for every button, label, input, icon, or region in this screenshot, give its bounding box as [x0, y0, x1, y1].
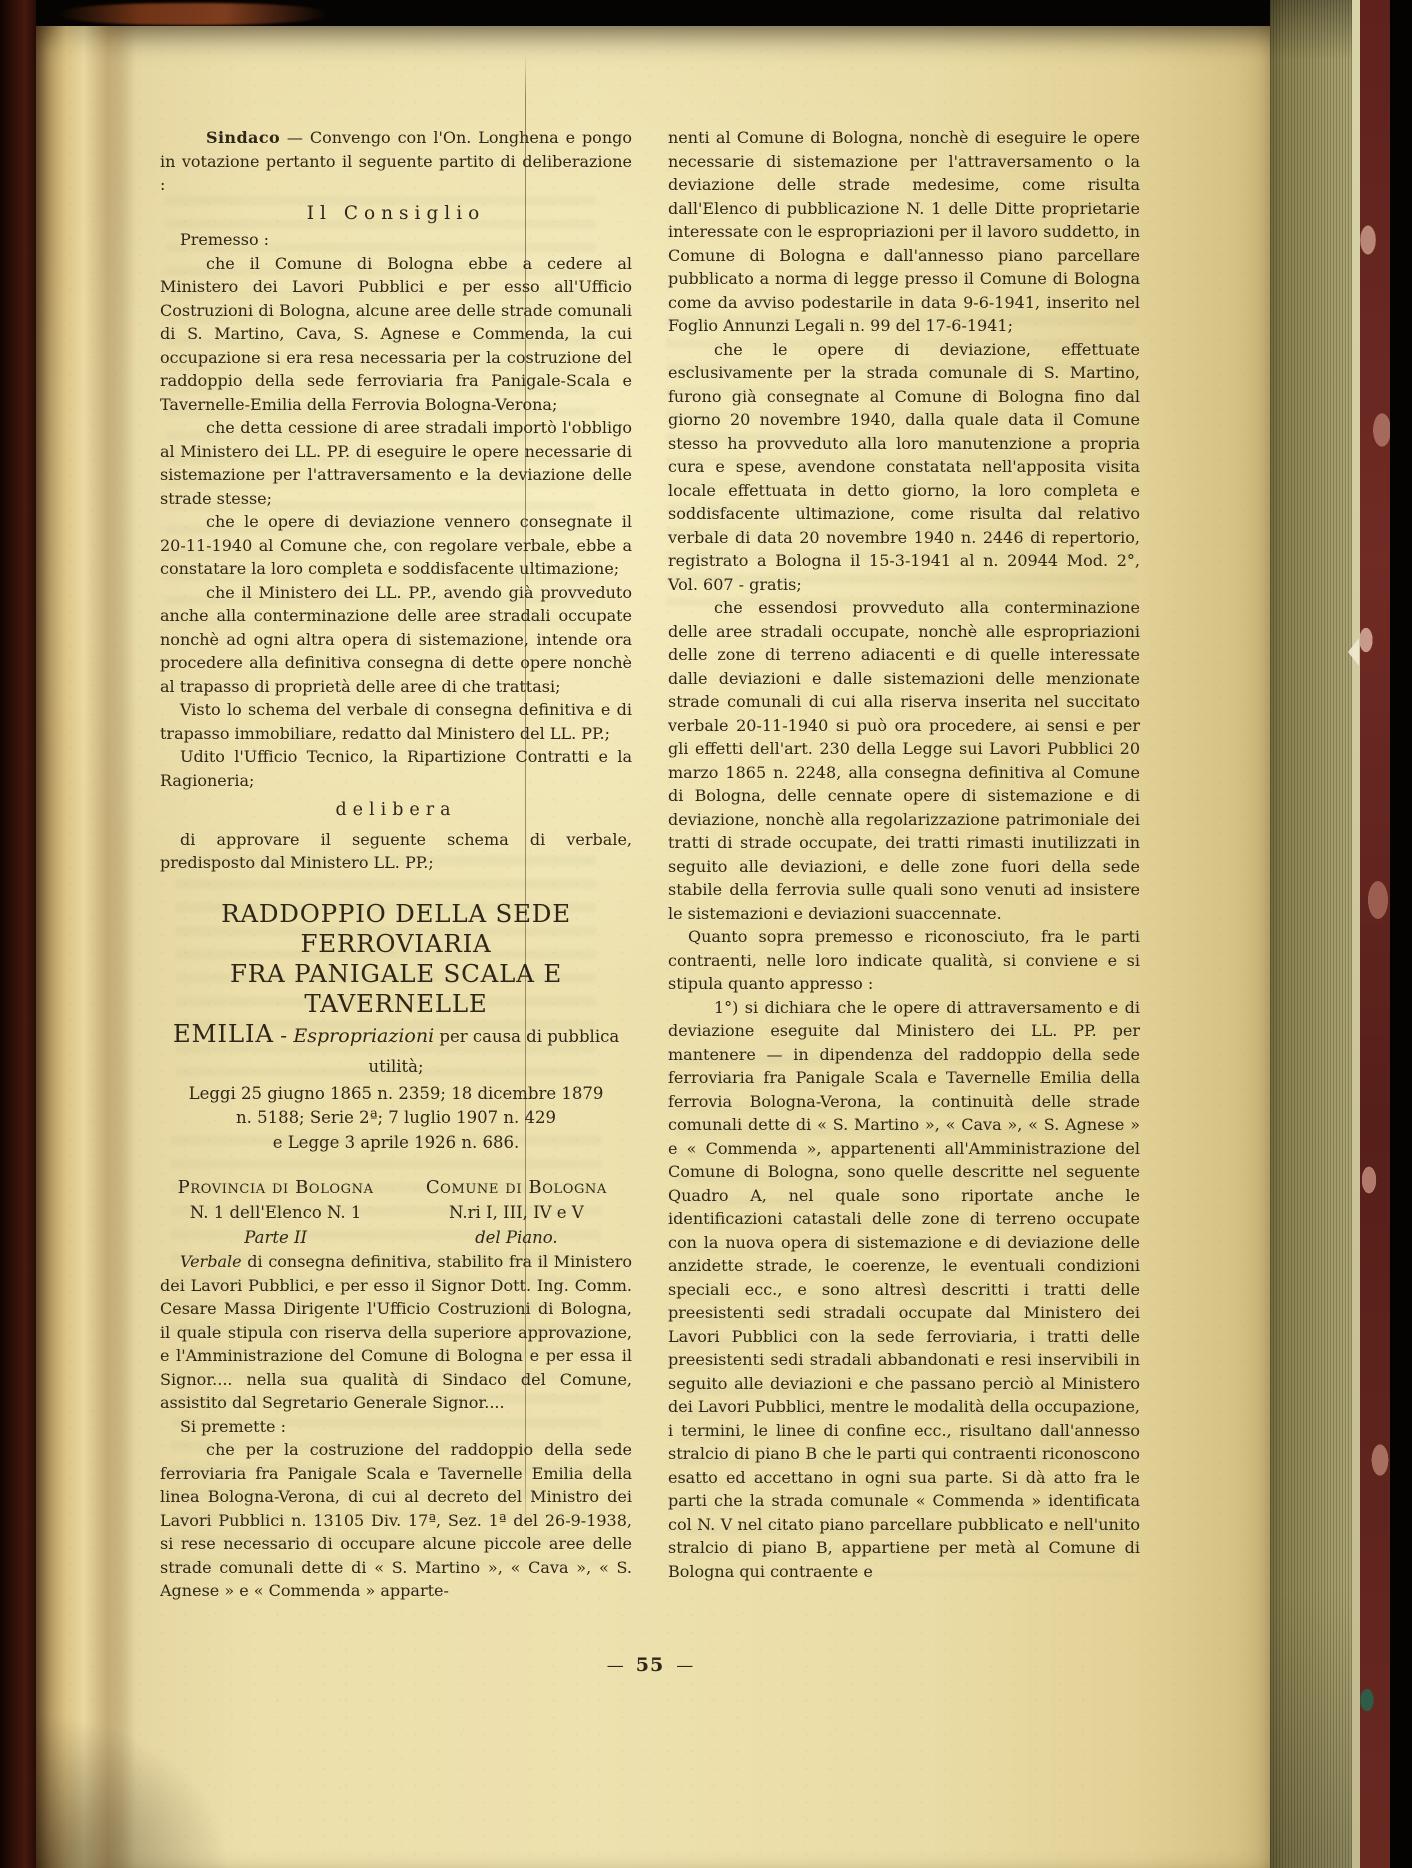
- page-number-dash-left: —: [607, 1656, 624, 1676]
- paragraph-text: di consegna definitiva, stabilito fra il…: [160, 1252, 632, 1412]
- speaker-name: Sindaco: [206, 128, 280, 147]
- left-cover-edge: [0, 0, 36, 1868]
- paragraph-che-deviazione: che le opere di deviazione, effettuate e…: [668, 338, 1140, 597]
- fore-edge-pages: [1270, 0, 1352, 1868]
- verbale-lead: Verbale: [180, 1252, 242, 1271]
- text-column-left: Sindaco — Convengo con l'On. Longhena e …: [160, 126, 632, 1603]
- laws-line3: e Legge 3 aprile 1926 n. 686.: [160, 1131, 632, 1156]
- paragraph-si-premette: Si premette :: [160, 1415, 632, 1439]
- decree-heading-line3: EMILIA - Espropriazioni per causa di pub…: [160, 1019, 632, 1082]
- comune-title: Comune di Bologna: [401, 1175, 632, 1200]
- decree-heading: RADDOPPIO DELLA SEDE FERROVIARIA FRA PAN…: [160, 899, 632, 1156]
- decree-heading-separator: -: [274, 1023, 293, 1047]
- heading-il-consiglio: Il Consiglio: [160, 202, 632, 226]
- decree-heading-espropriazioni: Espropriazioni: [293, 1025, 434, 1047]
- paragraph-che-comune: che il Comune di Bologna ebbe a cedere a…: [160, 252, 632, 417]
- paragraph-premesso: Premesso :: [160, 228, 632, 252]
- decree-heading-emilia: EMILIA: [173, 1019, 274, 1048]
- comune-piano: del Piano.: [401, 1225, 632, 1250]
- page-number-value: 55: [624, 1654, 676, 1676]
- comune-reference: Comune di Bologna N.ri I, III, IV e V de…: [401, 1175, 632, 1250]
- page-number-dash-right: —: [676, 1656, 693, 1676]
- paragraph-che-costruzione: che per la costruzione del raddoppio del…: [160, 1438, 632, 1603]
- paragraph-quanto: Quanto sopra premesso e riconosciuto, fr…: [668, 925, 1140, 996]
- paragraph-che-ministero: che il Ministero dei LL. PP., avendo già…: [160, 581, 632, 699]
- top-spine-highlight: [58, 3, 328, 25]
- marbled-cover: [1360, 0, 1390, 1868]
- text-column-right: nenti al Comune di Bologna, nonchè di es…: [668, 126, 1140, 1603]
- book-page: Sindaco — Convengo con l'On. Longhena e …: [36, 26, 1270, 1868]
- paragraph-primo: 1°) si dichiara che le opere di attraver…: [668, 996, 1140, 1584]
- page-number: —55—: [160, 1654, 1140, 1676]
- text-block: Sindaco — Convengo con l'On. Longhena e …: [160, 126, 1140, 1603]
- heading-delibera: delibera: [160, 799, 632, 823]
- background-edge: [1390, 0, 1412, 1868]
- paragraph-verbale: Verbale di consegna definitiva, stabilit…: [160, 1250, 632, 1415]
- provincia-title: Provincia di Bologna: [160, 1175, 391, 1200]
- paragraph-visto: Visto lo schema del verbale di consegna …: [160, 698, 632, 745]
- decree-heading-line2: FRA PANIGALE SCALA E TAVERNELLE: [160, 959, 632, 1019]
- provincia-parte: Parte II: [160, 1225, 391, 1250]
- laws-line2: n. 5188; Serie 2ª; 7 luglio 1907 n. 429: [160, 1106, 632, 1131]
- comune-numeri: N.ri I, III, IV e V: [401, 1200, 632, 1225]
- provincia-elenco: N. 1 dell'Elenco N. 1: [160, 1200, 391, 1225]
- reference-block: Provincia di Bologna N. 1 dell'Elenco N.…: [160, 1175, 632, 1250]
- paragraph-che-consegnate: che le opere di deviazione vennero conse…: [160, 510, 632, 581]
- book-photo: Sindaco — Convengo con l'On. Longhena e …: [0, 0, 1412, 1868]
- bottom-corner-shadow: [36, 1718, 226, 1868]
- paragraph-udito: Udito l'Ufficio Tecnico, la Ripartizione…: [160, 745, 632, 792]
- paragraph-che-essendosi: che essendosi provveduto alla contermina…: [668, 596, 1140, 925]
- provincia-reference: Provincia di Bologna N. 1 dell'Elenco N.…: [160, 1175, 391, 1250]
- paragraph-che-cessione: che detta cessione di aree stradali impo…: [160, 416, 632, 510]
- paragraph-nenti: nenti al Comune di Bologna, nonchè di es…: [668, 126, 1140, 338]
- paragraph-sindaco: Sindaco — Convengo con l'On. Longhena e …: [160, 126, 632, 197]
- laws-line1: Leggi 25 giugno 1865 n. 2359; 18 dicembr…: [160, 1082, 632, 1107]
- paragraph-approvare: di approvare il seguente schema di verba…: [160, 828, 632, 875]
- page-edge-sliver: [1352, 0, 1360, 1868]
- decree-heading-line1: RADDOPPIO DELLA SEDE FERROVIARIA: [160, 899, 632, 959]
- gutter-shadow: [36, 26, 136, 1868]
